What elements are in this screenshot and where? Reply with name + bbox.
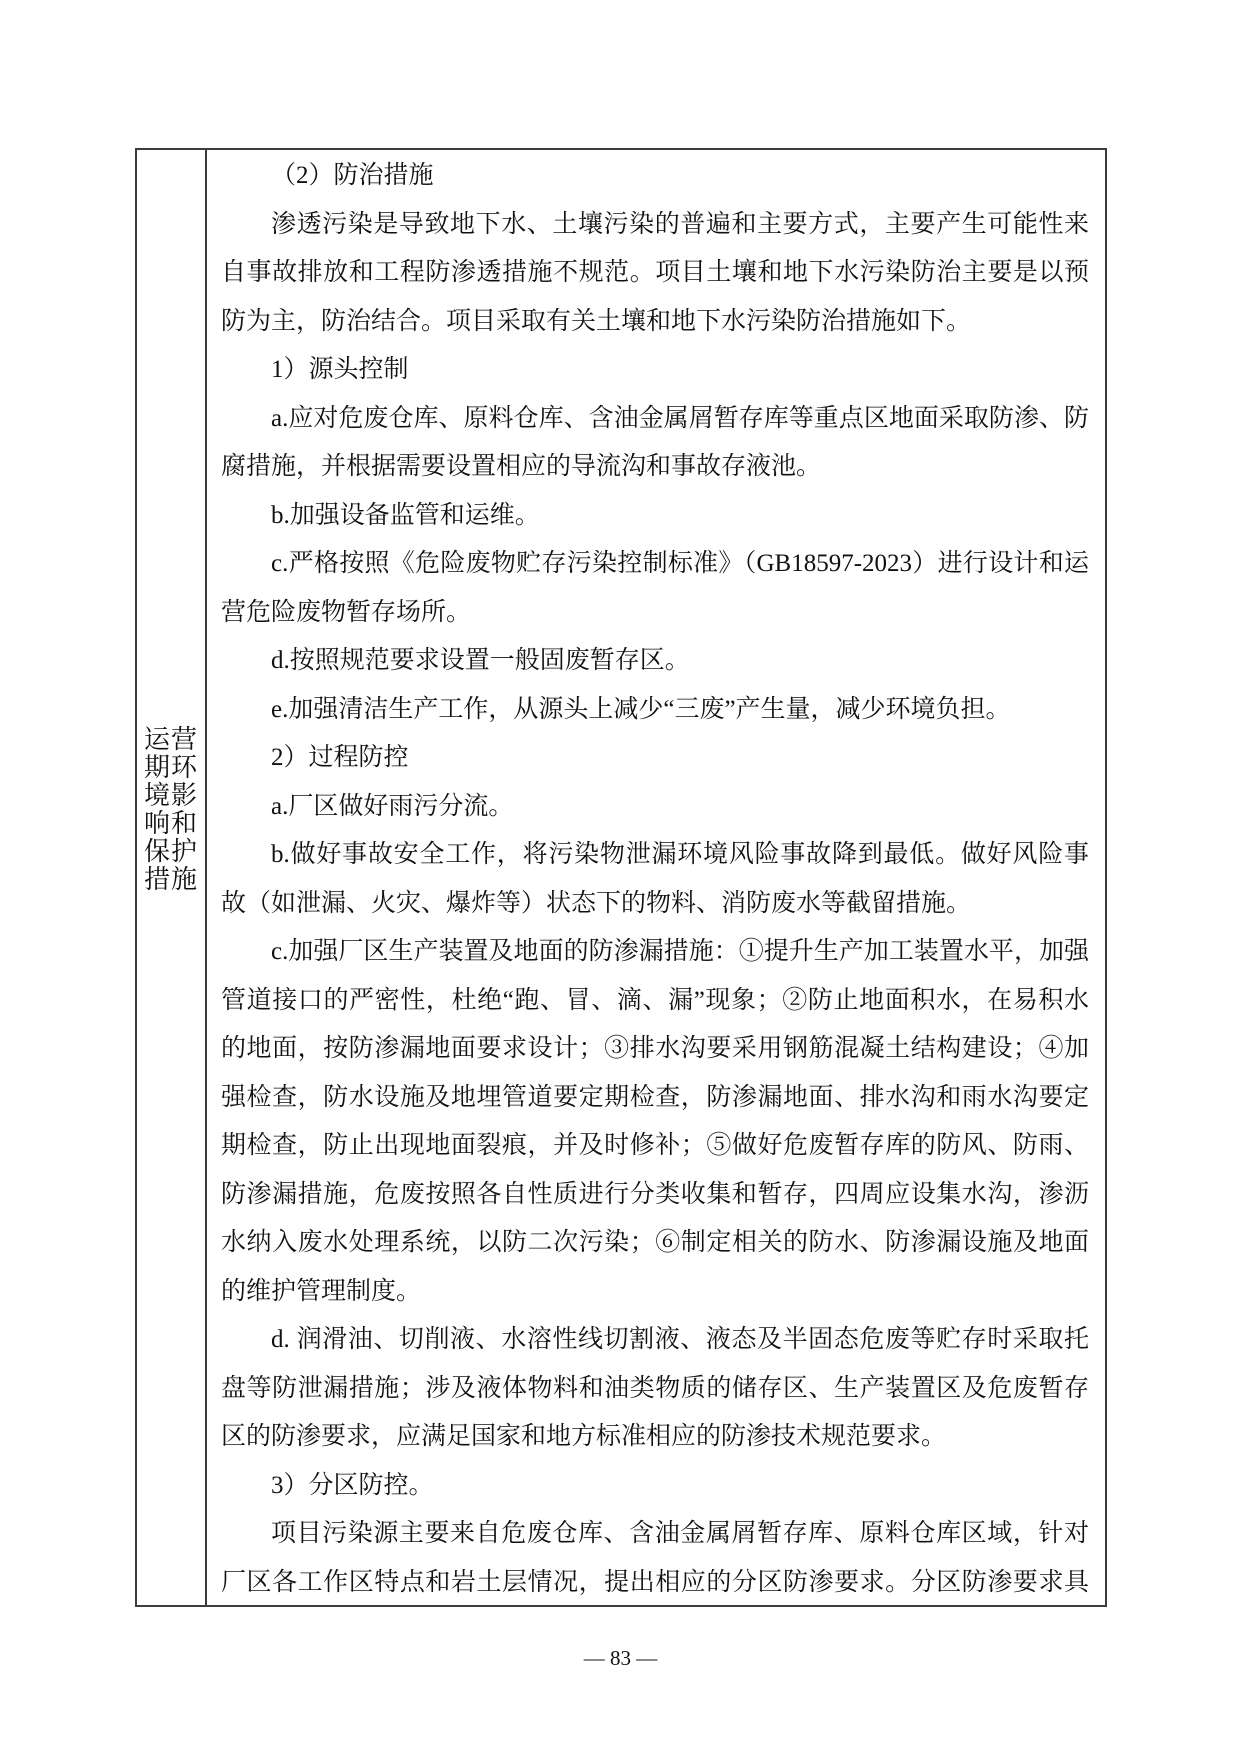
paragraph: 3）分区防控。 bbox=[221, 1462, 1089, 1511]
paragraph: b.加强设备监管和运维。 bbox=[221, 492, 1089, 541]
row-header-line: 措施 bbox=[144, 866, 198, 894]
row-header-line: 运营 bbox=[144, 726, 198, 754]
row-header-line: 境影 bbox=[144, 782, 198, 810]
row-header-text: 运营 期环 境影 响和 保护 措施 bbox=[144, 726, 198, 894]
table-content-cell: （2）防治措施 渗透污染是导致地下水、土壤污染的普遍和主要方式，主要产生可能性来… bbox=[207, 150, 1105, 1605]
paragraph: e.加强清洁生产工作，从源头上减少“三废”产生量，减少环境负担。 bbox=[221, 686, 1089, 735]
measures-table: 运营 期环 境影 响和 保护 措施 （2）防治措施 渗透污染是导致地下水、土壤污… bbox=[135, 148, 1107, 1607]
row-header-line: 期环 bbox=[144, 754, 198, 782]
page-number: — 83 — bbox=[0, 1645, 1241, 1671]
row-header-cell: 运营 期环 境影 响和 保护 措施 bbox=[137, 150, 207, 1605]
paragraph: （2）防治措施 bbox=[221, 152, 1089, 201]
paragraph: 2）过程防控 bbox=[221, 734, 1089, 783]
paragraph: d. 润滑油、切削液、水溶性线切割液、液态及半固态危废等贮存时采取托盘等防泄漏措… bbox=[221, 1316, 1089, 1462]
row-header-line: 响和 bbox=[144, 810, 198, 838]
document-page: 运营 期环 境影 响和 保护 措施 （2）防治措施 渗透污染是导致地下水、土壤污… bbox=[0, 0, 1241, 1755]
row-header-line: 保护 bbox=[144, 838, 198, 866]
paragraph: 项目污染源主要来自危废仓库、含油金属屑暂存库、原料仓库区域，针对厂区各工作区特点… bbox=[221, 1510, 1089, 1605]
paragraph: d.按照规范要求设置一般固废暂存区。 bbox=[221, 637, 1089, 686]
paragraph: 1）源头控制 bbox=[221, 346, 1089, 395]
paragraph: c.严格按照《危险废物贮存污染控制标准》（GB18597-2023）进行设计和运… bbox=[221, 540, 1089, 637]
paragraph: a.厂区做好雨污分流。 bbox=[221, 783, 1089, 832]
paragraph: c.加强厂区生产装置及地面的防渗漏措施：①提升生产加工装置水平，加强管道接口的严… bbox=[221, 928, 1089, 1316]
paragraph: 渗透污染是导致地下水、土壤污染的普遍和主要方式，主要产生可能性来自事故排放和工程… bbox=[221, 201, 1089, 347]
paragraph: a.应对危废仓库、原料仓库、含油金属屑暂存库等重点区地面采取防渗、防腐措施，并根… bbox=[221, 395, 1089, 492]
paragraph: b.做好事故安全工作，将污染物泄漏环境风险事故降到最低。做好风险事故（如泄漏、火… bbox=[221, 831, 1089, 928]
